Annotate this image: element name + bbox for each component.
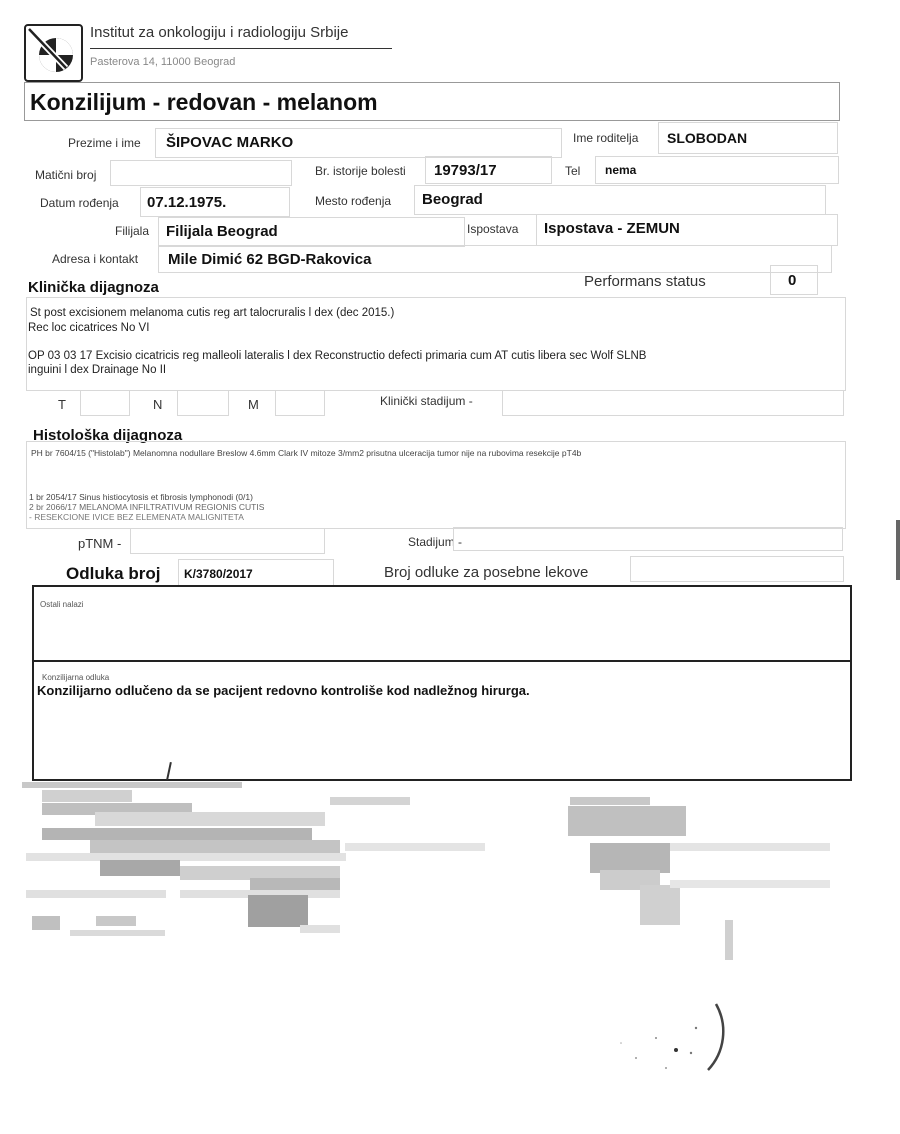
m-field xyxy=(275,390,325,416)
address-value: Mile Dimić 62 BGD-Rakovica xyxy=(168,251,371,268)
history-label: Br. istorije bolesti xyxy=(315,164,406,178)
special-drugs-field xyxy=(630,556,844,582)
page-title: Konzilijum - redovan - melanom xyxy=(30,89,378,116)
tel-value: nema xyxy=(605,163,636,177)
name-label: Prezime i ime xyxy=(68,136,141,150)
ptnm-label: pTNM - xyxy=(78,536,121,551)
council-decision-label: Konzilijarna odluka xyxy=(42,673,109,682)
m-label: M xyxy=(248,397,259,412)
tel-label: Tel xyxy=(565,164,580,178)
special-drugs-label: Broj odluke za posebne lekove xyxy=(384,564,588,581)
institution-address: Pasterova 14, 11000 Beograd xyxy=(90,56,235,68)
histology-line-2: 1 br 2054/17 Sinus histiocytosis et fibr… xyxy=(29,492,253,502)
histology-stage-field xyxy=(453,527,843,551)
name-value: ŠIPOVAC MARKO xyxy=(166,134,293,151)
clinical-line-2: Rec loc cicatrices No VI xyxy=(28,322,149,334)
scan-edge xyxy=(896,520,900,580)
t-label: T xyxy=(58,397,66,412)
histology-line-3: 2 br 2066/17 MELANOMA INFILTRATIVUM REGI… xyxy=(29,502,264,512)
parent-value: SLOBODAN xyxy=(667,130,747,146)
institution-underline xyxy=(90,48,392,49)
performance-value: 0 xyxy=(788,272,796,289)
ptnm-field xyxy=(130,528,325,554)
performance-label: Performans status xyxy=(584,273,706,290)
council-decision-text: Konzilijarno odlučeno da se pacijent red… xyxy=(37,683,530,698)
stamp xyxy=(596,998,726,1088)
clinical-line-4: OP 03 03 17 Excisio cicatricis reg malle… xyxy=(28,350,646,362)
histology-line-4: - RESEKCIONE IVICE BEZ ELEMENATA MALIGNI… xyxy=(29,512,244,522)
decision-number-label: Odluka broj xyxy=(66,564,160,584)
address-label: Adresa i kontakt xyxy=(52,252,138,266)
clinical-heading: Klinička dijagnoza xyxy=(28,279,159,296)
dob-value: 07.12.1975. xyxy=(147,194,226,211)
n-label: N xyxy=(153,397,162,412)
histology-line-1: PH br 7604/15 ("Histolab") Melanomna nod… xyxy=(31,448,581,458)
n-field xyxy=(177,390,229,416)
other-findings-label: Ostali nalazi xyxy=(40,600,84,609)
birthplace-label: Mesto rođenja xyxy=(315,194,391,208)
clinical-line-1: St post excisionem melanoma cutis reg ar… xyxy=(30,307,394,319)
dob-label: Datum rođenja xyxy=(40,196,119,210)
parent-label: Ime roditelja xyxy=(573,131,638,145)
clinical-line-5: inguini l dex Drainage No II xyxy=(28,364,166,376)
institute-logo-icon xyxy=(24,24,83,82)
clinical-stage-field xyxy=(502,390,844,416)
t-field xyxy=(80,390,130,416)
branch-value: Filijala Beograd xyxy=(166,223,278,240)
findings-divider xyxy=(32,660,850,662)
jmbg-label: Matični broj xyxy=(35,168,96,182)
institution-name: Institut za onkologiju i radiologiju Srb… xyxy=(90,24,348,41)
office-value: Ispostava - ZEMUN xyxy=(544,220,680,237)
history-value: 19793/17 xyxy=(434,162,497,179)
birthplace-value: Beograd xyxy=(422,191,483,208)
branch-label: Filijala xyxy=(115,224,149,238)
decision-number-value: K/3780/2017 xyxy=(184,567,253,581)
clinical-stage-label: Klinički stadijum - xyxy=(380,394,473,408)
jmbg-field xyxy=(110,160,292,186)
office-label: Ispostava xyxy=(467,222,518,236)
